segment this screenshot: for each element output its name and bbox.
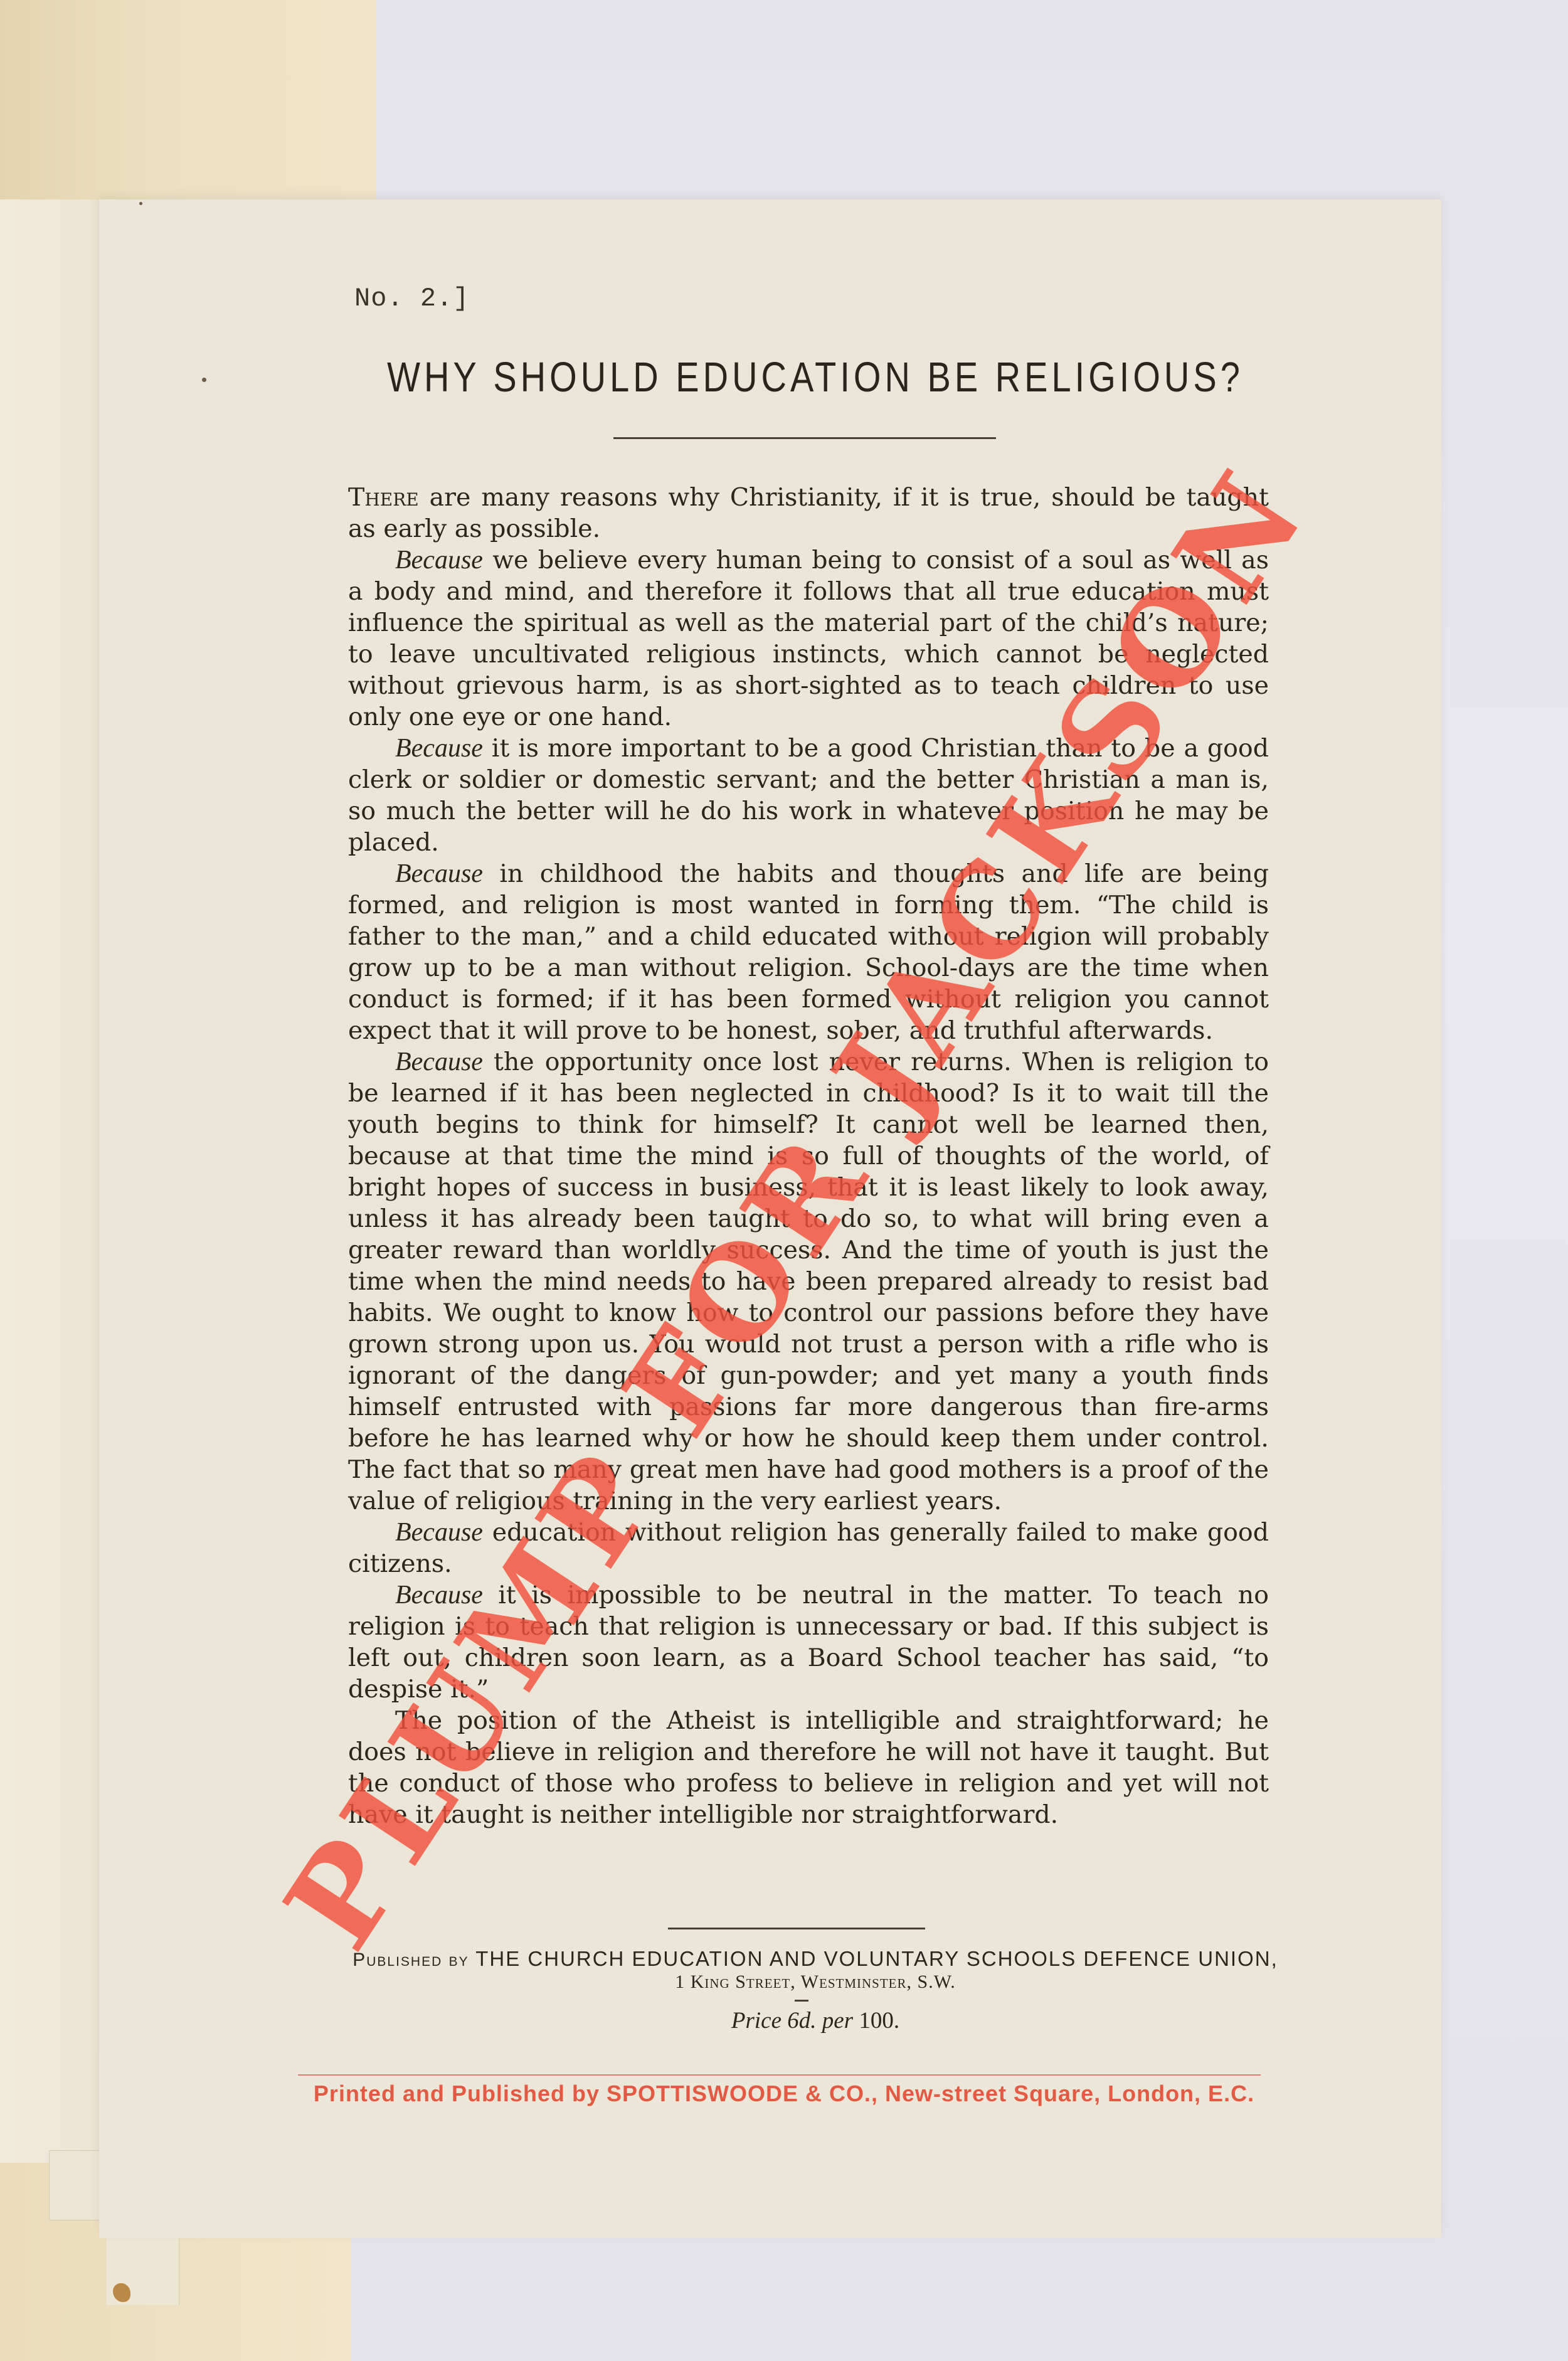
underlying-page-top [0, 0, 376, 207]
paragraph: Because in childhood the habits and thou… [348, 858, 1269, 1046]
paragraph-text: The position of the Atheist is intelligi… [348, 1706, 1269, 1829]
paragraph-text: it is impossible to be neutral in the ma… [348, 1581, 1269, 1704]
price-divider [795, 2000, 808, 2002]
price-label: Price 6d. per [731, 2008, 853, 2034]
paragraph-text: education without religion has generally… [348, 1518, 1269, 1578]
paragraph-lead: Because [395, 734, 483, 763]
paragraph: Because education without religion has g… [348, 1517, 1269, 1579]
page-title: WHY SHOULD EDUCATION BE RELIGIOUS? [314, 353, 1317, 401]
paragraph: Because the opportunity once lost never … [348, 1046, 1269, 1517]
paragraph-lead: Because [395, 859, 483, 888]
paragraph: There are many reasons why Christianity,… [348, 482, 1269, 544]
paragraph-text: we believe every human being to consist … [348, 546, 1269, 731]
price-line: Price 6d. per 100. [326, 2007, 1305, 2034]
paragraph-lead: There [348, 483, 419, 512]
publisher-name: THE CHURCH EDUCATION AND VOLUNTARY SCHOO… [475, 1947, 1278, 1970]
left-page-edge [0, 199, 110, 2163]
printer-imprint: Printed and Published by SPOTTISWOODE & … [295, 2081, 1273, 2107]
publisher-prefix: Published by [352, 1950, 469, 1970]
paragraph-lead: Because [395, 546, 483, 575]
paragraph-text: in childhood the habits and thoughts and… [348, 859, 1269, 1045]
paragraph-text: the opportunity once lost never returns.… [348, 1048, 1269, 1515]
leaflet-number: No. 2.] [354, 284, 469, 314]
paragraph-lead: Because [395, 1518, 483, 1547]
paper-speck [139, 202, 142, 205]
printer-divider [298, 2074, 1261, 2076]
paragraph: Because it is impossible to be neutral i… [348, 1579, 1269, 1705]
body-text: There are many reasons why Christianity,… [348, 482, 1269, 1830]
paragraph-text: are many reasons why Christianity, if it… [348, 483, 1269, 543]
paragraph: Because it is more important to be a goo… [348, 733, 1269, 858]
paragraph: The position of the Atheist is intelligi… [348, 1705, 1269, 1830]
title-divider [613, 437, 996, 439]
publisher-address: 1 King Street, Westminster, S.W. [326, 1971, 1305, 1993]
price-quantity: 100. [853, 2008, 899, 2034]
paragraph-text: it is more important to be a good Christ… [348, 734, 1269, 857]
footer-divider [668, 1928, 925, 1929]
publisher-line: Published by THE CHURCH EDUCATION AND VO… [326, 1947, 1305, 1971]
paper-speck [202, 378, 206, 382]
paragraph-lead: Because [395, 1048, 483, 1076]
paragraph: Because we believe every human being to … [348, 544, 1269, 733]
paragraph-lead: Because [395, 1581, 483, 1610]
